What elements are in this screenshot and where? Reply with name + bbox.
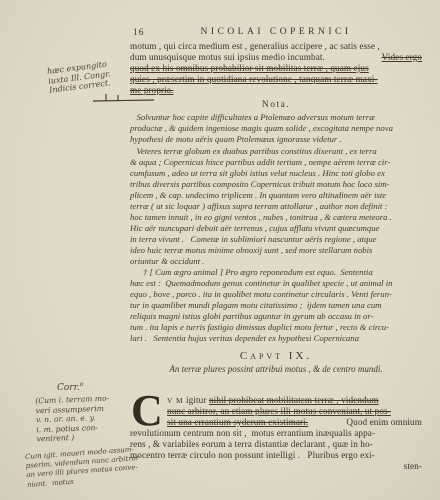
corr-superscript: o (80, 381, 84, 388)
drop-cap: C (131, 392, 163, 430)
smallcaps-run: V M (167, 396, 184, 405)
chapter-heading: Capvt IX. (130, 350, 422, 362)
censored-text: sit una errantium syderum existimari. (167, 417, 308, 428)
text-line: sit una errantium syderum existimari. Qu… (167, 417, 422, 428)
page-header: 16 NICOLAI COPERNICI (130, 27, 422, 37)
margin-lower-note: Cum igit. moueri modo assum- pserim, vid… (25, 445, 141, 490)
nota-heading: Nota. (130, 100, 422, 110)
scanned-book-page: 16 NICOLAI COPERNICI motum , qui circa m… (0, 0, 440, 500)
caput-paragraph-rest: revolutionum centrum non sit , motus err… (130, 428, 422, 461)
censored-text: Vides ergo (382, 52, 422, 63)
text-line: motum , qui circa medium est , generaliu… (130, 41, 422, 52)
page-number: 16 (133, 28, 145, 38)
text-run: dum unusquisque motus sui ipsius medio i… (130, 52, 325, 63)
censored-lines: quod ex his omnibus probabilior sit mobi… (130, 63, 422, 96)
nota-paragraph-1: Solvuntur hoc capite difficultates a Pto… (130, 112, 422, 145)
margin-corr-label: Corr.o (57, 381, 83, 393)
censored-text: nihil prohibeat mobilitatem terræ , vide… (209, 395, 379, 405)
chapter-subheading: An terræ plures possint attribui motus ,… (130, 364, 422, 374)
corr-text: Corr. (57, 383, 80, 393)
nota-paragraph-3: † [ Cum ægro animal ] Pro ægro reponendu… (130, 267, 422, 344)
text-run: igitur (184, 395, 209, 405)
nota-paragraph-2: Veteres terræ globum ex duabus partibus … (130, 146, 422, 267)
margin-censor-note: hæc expungito iuxta Ill. Congr. Indicis … (46, 59, 112, 95)
censored-text: nunc arbitror, an etiam plures illi motu… (167, 406, 422, 417)
intro-paragraph: motum , qui circa medium est , generaliu… (130, 41, 422, 96)
caput-paragraph-indent: V M igitur nihil prohibeat mobilitatem t… (167, 395, 422, 428)
text-line: dum unusquisque motus sui ipsius medio i… (130, 52, 422, 63)
catchword: sten- (130, 461, 434, 472)
running-title: NICOLAI COPERNICI (130, 27, 422, 37)
text-run: Quod enim omnium (346, 417, 422, 428)
margin-correction-note: (Cum i. terram mo- veri assumpserim v. n… (35, 394, 110, 445)
text-line: V M igitur nihil prohibeat mobilitatem t… (167, 395, 422, 406)
